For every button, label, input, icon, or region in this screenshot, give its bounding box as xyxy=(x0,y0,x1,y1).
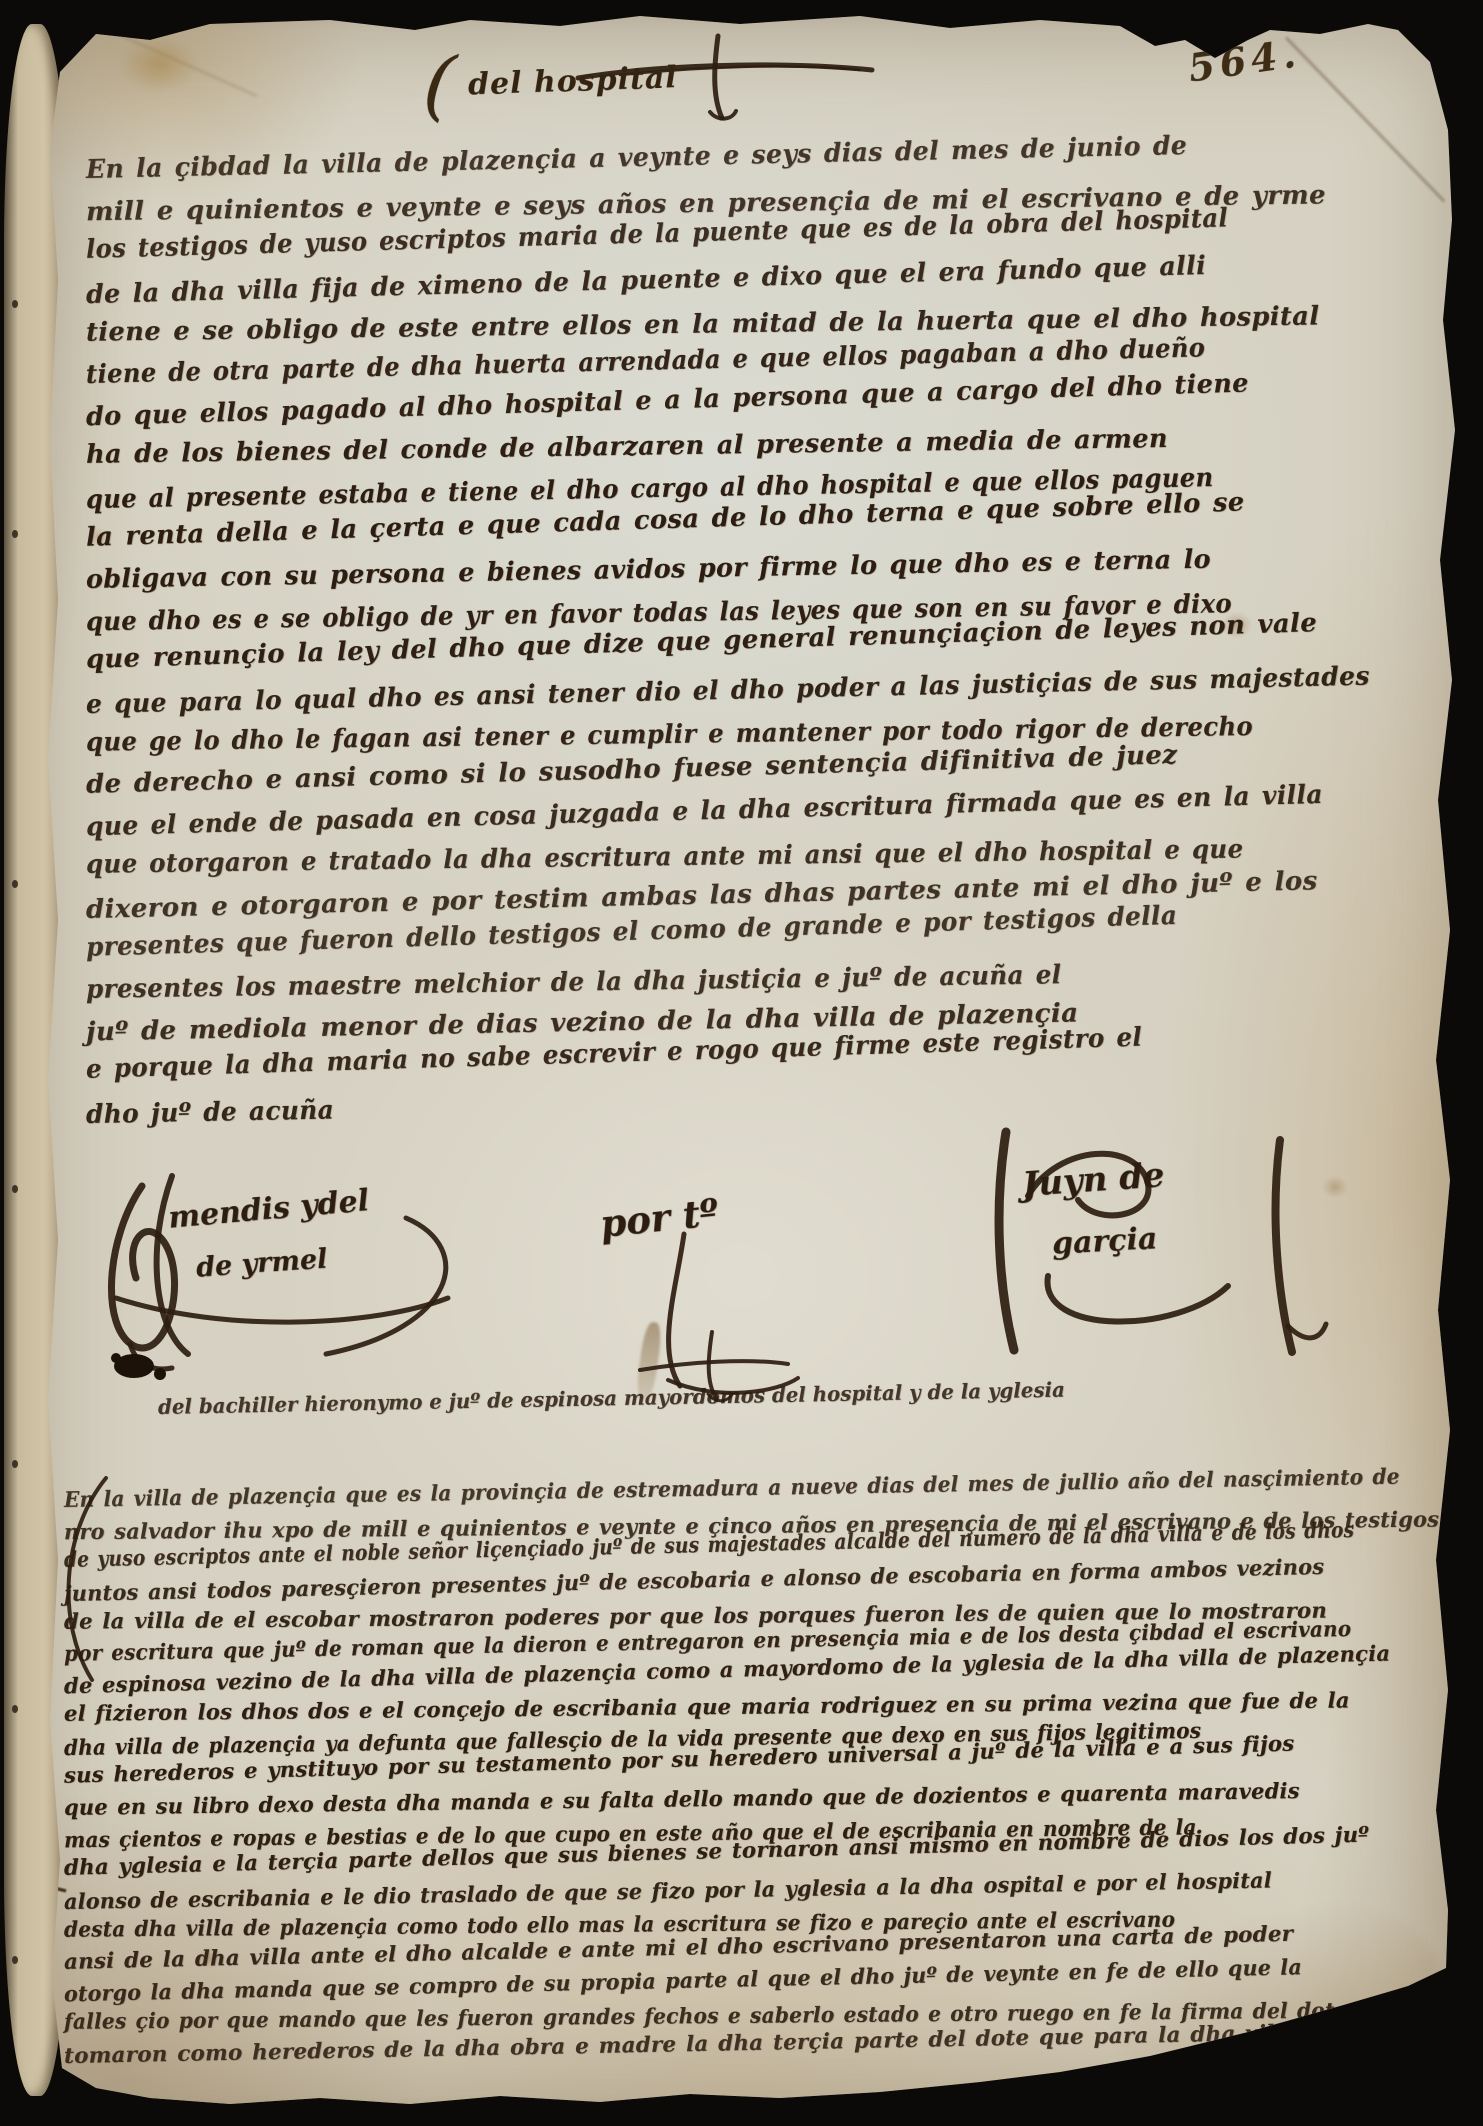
binding-speck xyxy=(12,530,18,538)
heading-bracket: ( xyxy=(419,39,459,132)
binding-speck xyxy=(12,1956,18,1964)
binding-speck xyxy=(12,1705,18,1713)
clerk-note: del bachiller hieronymo e juº de espinos… xyxy=(158,1392,1286,1422)
manuscript-page: ( del hospital 564. En la çibdad la vill… xyxy=(0,0,1483,2126)
main-text-block: En la çibdad la villa de plazençia a vey… xyxy=(86,150,1414,1134)
manuscript-photo: ( del hospital 564. En la çibdad la vill… xyxy=(0,0,1483,2126)
fold-crease xyxy=(120,34,258,97)
binding-speck xyxy=(12,300,18,308)
page-heading: del hospital xyxy=(467,60,678,102)
binding-speck xyxy=(12,1460,18,1468)
binding-speck xyxy=(12,1185,18,1193)
signature-right-name-2: garçia xyxy=(1051,1221,1158,1261)
folio-number: 564. xyxy=(1185,30,1303,90)
binding-speck xyxy=(12,880,18,888)
second-text-block: En la villa de plazençia que es la provi… xyxy=(64,1486,1448,2071)
